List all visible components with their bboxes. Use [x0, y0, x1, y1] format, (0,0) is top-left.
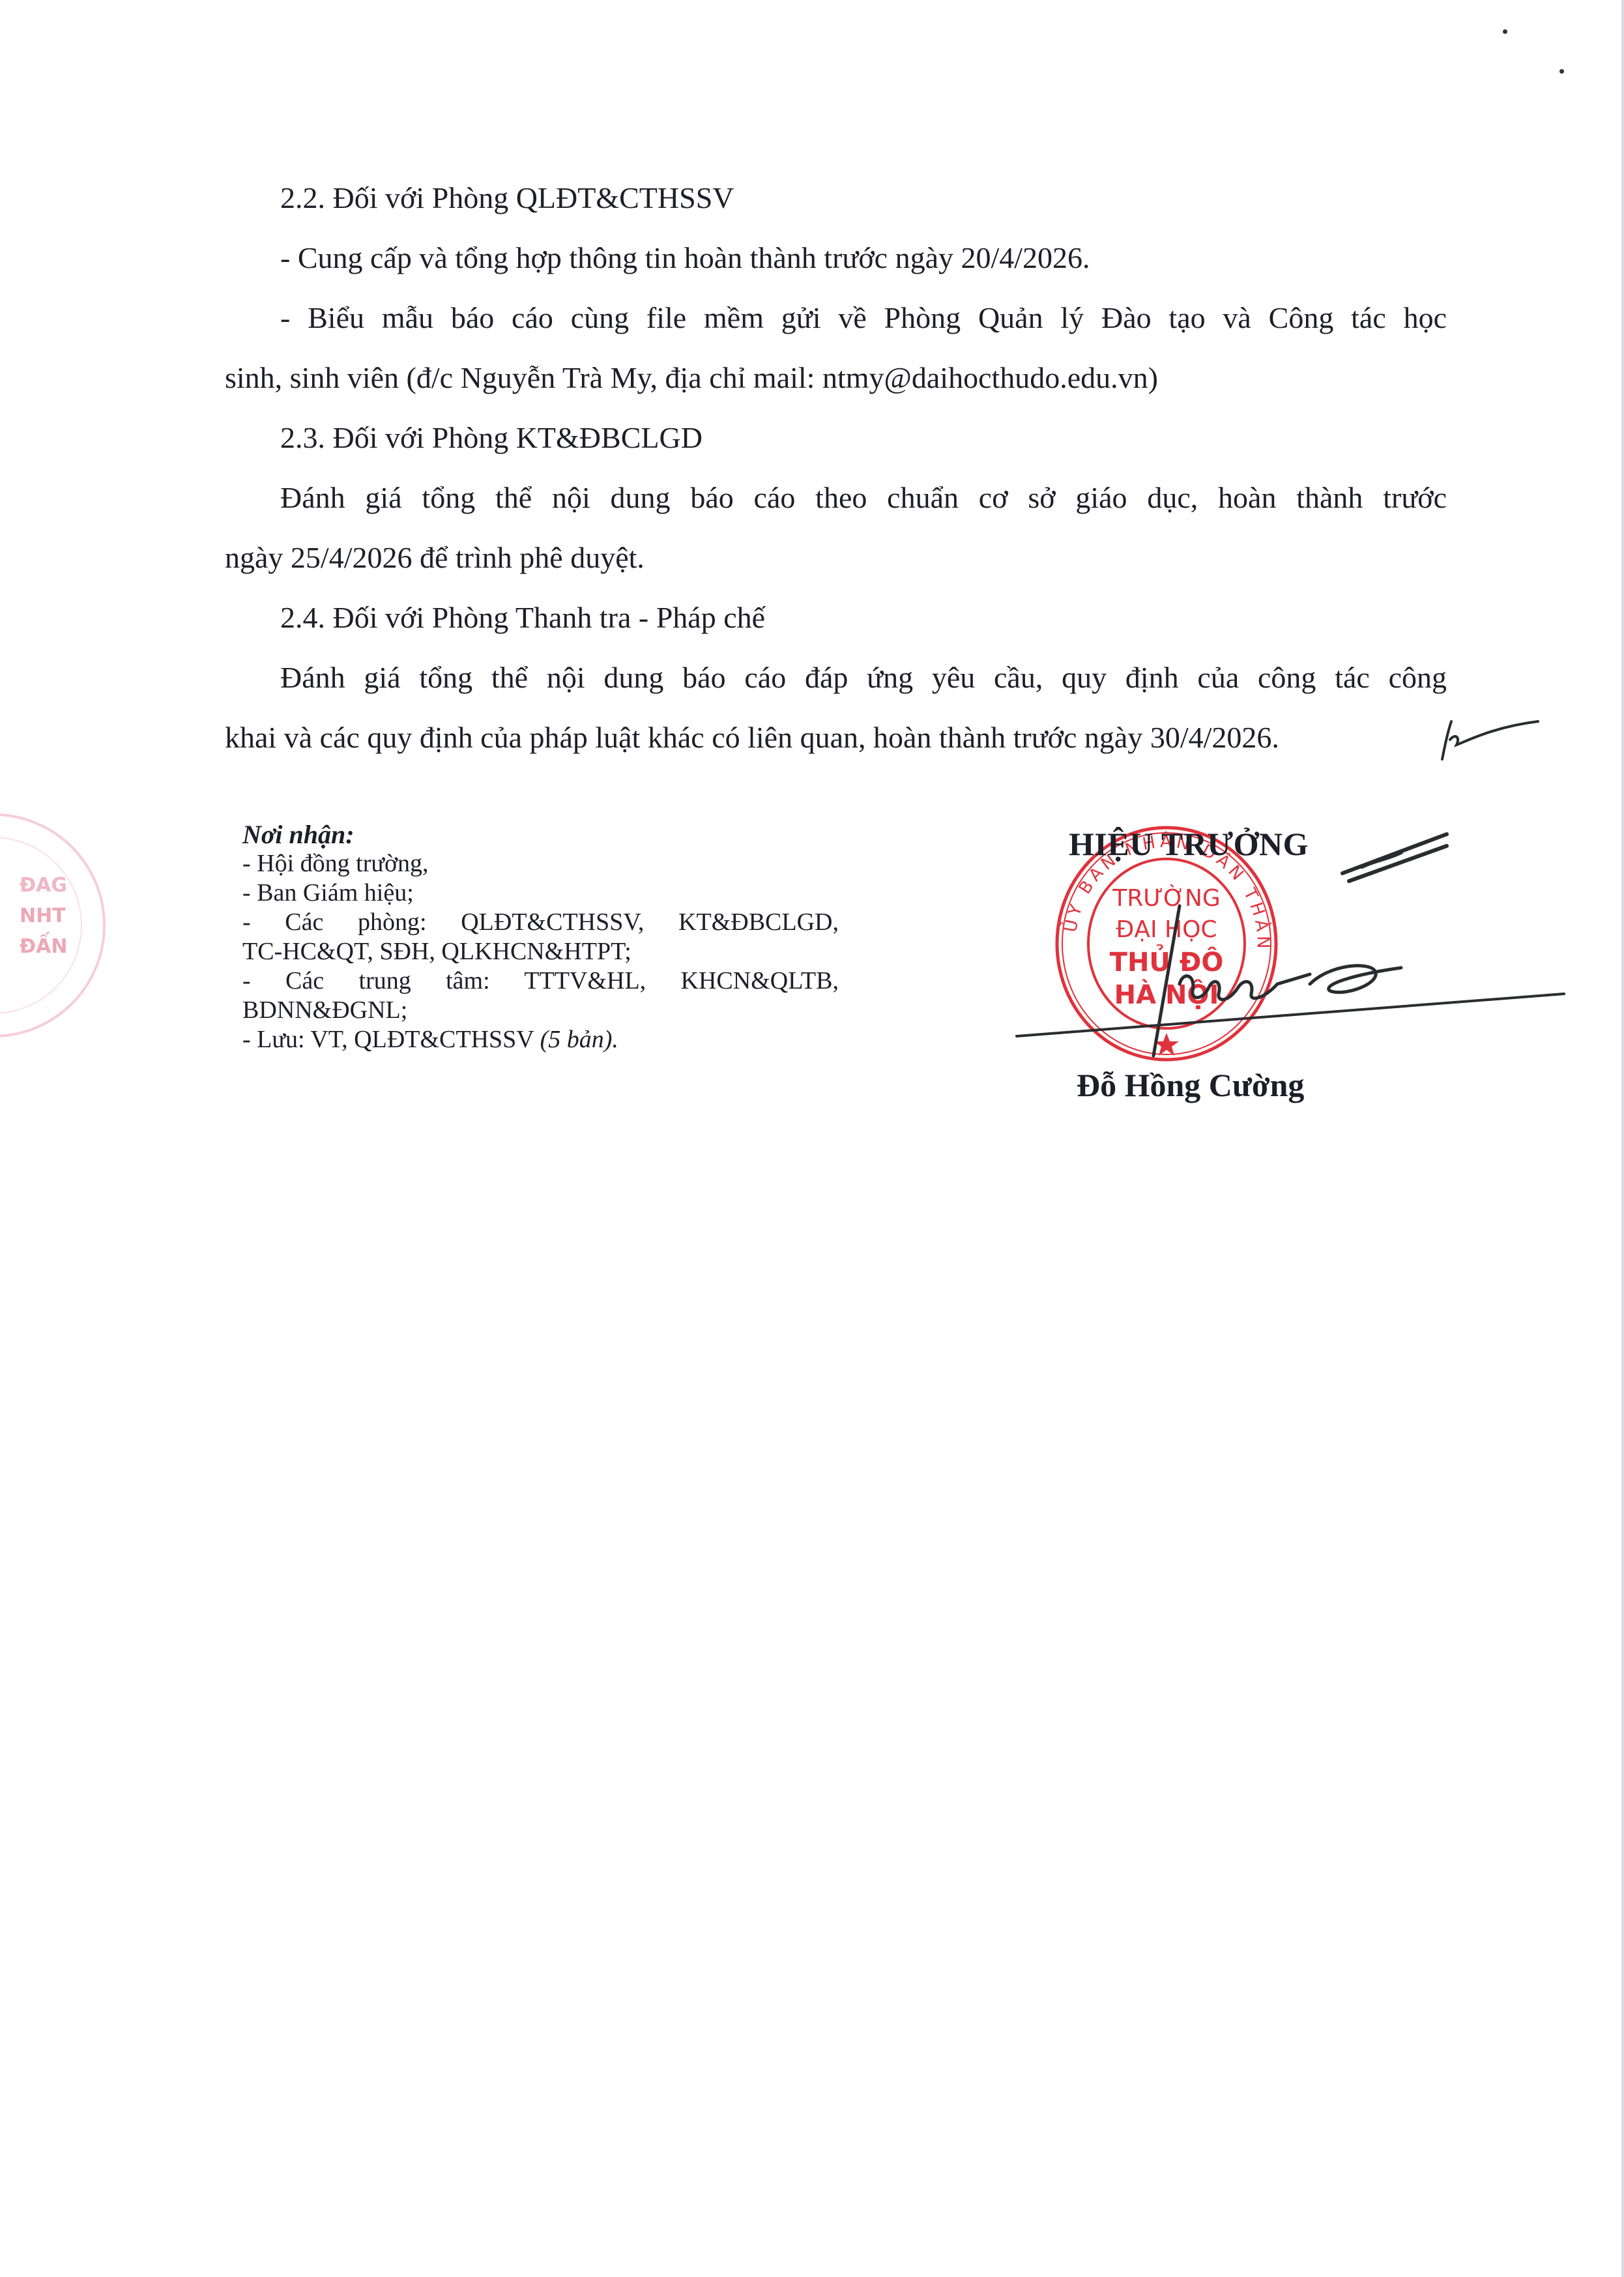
recipient-item: - Lưu: VT, QLĐT&CTHSSV (5 bản). [242, 1025, 839, 1054]
svg-text:ĐẤN: ĐẤN [20, 931, 67, 958]
recipient-archive: - Lưu: VT, QLĐT&CTHSSV [242, 1026, 534, 1053]
copies-note: (5 bản). [540, 1026, 618, 1053]
recipient-item: - Hội đồng trường, [242, 849, 839, 878]
signature-block: ỦY BAN NHÂN DÂN THÀNH PHỐ TRƯỜNG ĐẠI HỌC… [1004, 808, 1590, 1121]
handwritten-signature-icon [1004, 854, 1590, 1069]
recipients-block: Nơi nhận: - Hội đồng trường, - Ban Giám … [242, 820, 839, 1054]
recipient-item: TC-HC&QT, SĐH, QLKHCN&HTPT; [242, 937, 839, 966]
signer-name: Đỗ Hồng Cường [1077, 1066, 1304, 1104]
paragraph-line: - Biểu mẫu báo cáo cùng file mềm gửi về … [280, 288, 1447, 348]
recipients-title: Nơi nhận: [242, 820, 839, 849]
svg-text:NHT: NHT [20, 905, 66, 927]
paragraph-line: sinh, sinh viên (đ/c Nguyễn Trà My, địa … [225, 348, 1158, 408]
recipient-item: - Ban Giám hiệu; [242, 878, 839, 908]
recipient-item: - Các trung tâm: TTTV&HL, KHCN&QLTB, [242, 966, 839, 996]
page-edge [1621, 0, 1624, 2277]
paragraph-line: ngày 25/4/2026 để trình phê duyệt. [225, 528, 645, 588]
recipient-item: - Các phòng: QLĐT&CTHSSV, KT&ĐBCLGD, [242, 908, 839, 937]
scan-speck [1559, 69, 1564, 74]
paragraph-line: - Cung cấp và tổng hợp thông tin hoàn th… [280, 228, 1090, 288]
paragraph-line: Đánh giá tổng thể nội dung báo cáo theo … [280, 468, 1447, 528]
section-heading: 2.2. Đối với Phòng QLĐT&CTHSSV [280, 168, 734, 228]
paragraph-line: khai và các quy định của pháp luật khác … [225, 708, 1279, 768]
initials-mark-icon [1430, 714, 1541, 766]
section-heading: 2.4. Đối với Phòng Thanh tra - Pháp chế [280, 588, 765, 648]
svg-text:ĐAG: ĐAG [20, 874, 67, 897]
scan-speck [1503, 29, 1507, 34]
paragraph-line: Đánh giá tổng thể nội dung báo cáo đáp ứ… [280, 648, 1447, 708]
recipient-item: BDNN&ĐGNL; [242, 996, 839, 1025]
section-heading: 2.3. Đối với Phòng KT&ĐBCLGD [280, 408, 703, 468]
ghost-stamp-icon: ĐAG NHT ĐẤN [0, 795, 117, 1056]
